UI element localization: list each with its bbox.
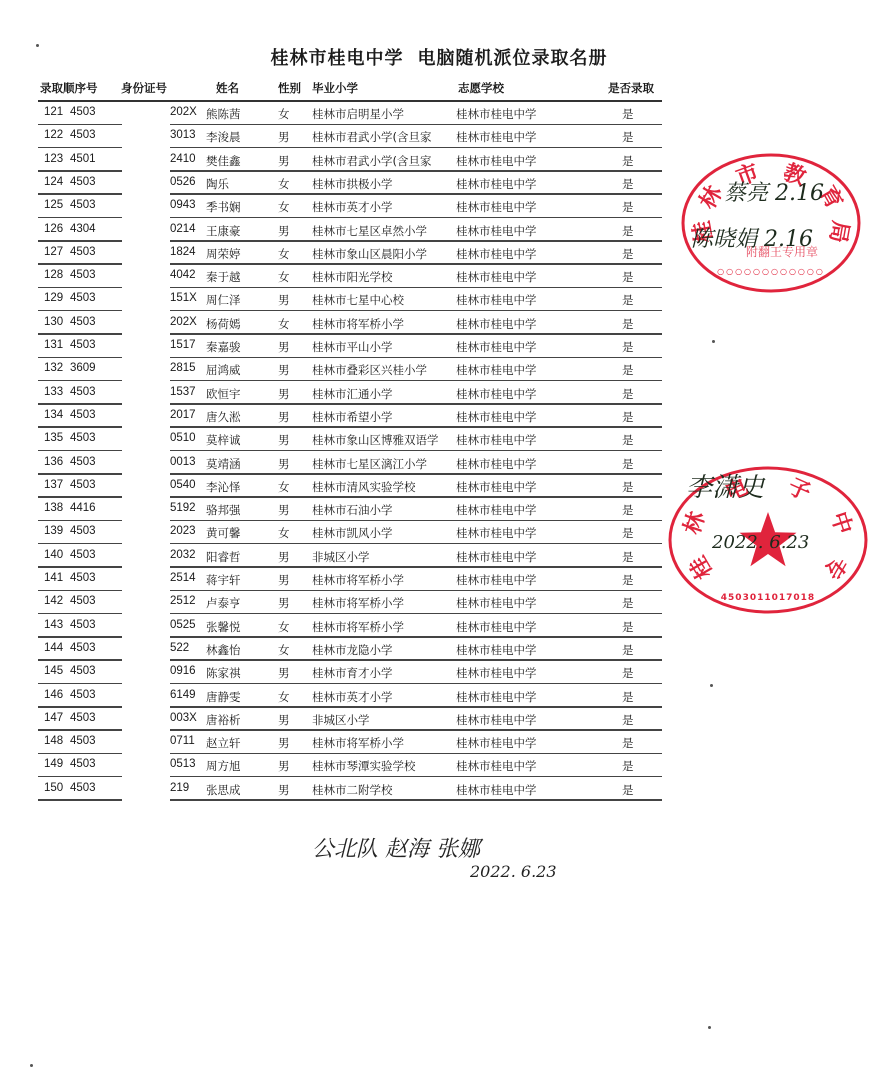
- admitted-cell: 是: [622, 386, 634, 402]
- name-cell: 陶乐: [206, 176, 229, 192]
- table-row: 14845030711赵立轩男桂林市将军桥小学桂林市桂电中学是: [0, 731, 878, 754]
- svg-text:桂: 桂: [685, 551, 719, 583]
- target-school-cell: 桂林市桂电中学: [456, 689, 537, 705]
- id-prefix-cell: 4503: [70, 619, 96, 631]
- table-row: 14645036149唐静雯女桂林市英才小学桂林市桂电中学是: [0, 685, 878, 708]
- table-row: 13236092815屈鸿威男桂林市叠彩区兴桂小学桂林市桂电中学是: [0, 358, 878, 381]
- gender-cell: 男: [278, 129, 290, 145]
- id-prefix-cell: 4503: [70, 595, 96, 607]
- admitted-cell: 是: [622, 409, 634, 425]
- gender-cell: 男: [278, 735, 290, 751]
- gender-cell: 男: [278, 712, 290, 728]
- name-cell: 蒋宇轩: [206, 572, 241, 588]
- name-cell: 骆邦强: [206, 502, 241, 518]
- id-prefix-cell: 4503: [70, 525, 96, 537]
- admitted-cell: 是: [622, 316, 634, 332]
- seq-cell: 128: [44, 269, 63, 281]
- primary-school-cell: 桂林市七星区卓然小学: [312, 223, 454, 239]
- stamp-signature-2: 陈晓娟 2.16: [691, 227, 813, 252]
- seq-cell: 141: [44, 572, 63, 584]
- id-prefix-cell: 4503: [70, 758, 96, 770]
- seq-cell: 129: [44, 292, 63, 304]
- name-cell: 王康豪: [206, 223, 241, 239]
- gender-cell: 男: [278, 456, 290, 472]
- gender-cell: 女: [278, 689, 290, 705]
- gender-cell: 女: [278, 619, 290, 635]
- id-prefix-cell: 4501: [70, 153, 96, 165]
- id-prefix-cell: 4503: [70, 689, 96, 701]
- name-cell: 陈家祺: [206, 665, 241, 681]
- svg-text:林: 林: [679, 508, 711, 538]
- seq-cell: 130: [44, 316, 63, 328]
- id-prefix-cell: 4503: [70, 339, 96, 351]
- gender-cell: 女: [278, 176, 290, 192]
- gender-cell: 男: [278, 409, 290, 425]
- admitted-cell: 是: [622, 292, 634, 308]
- primary-school-cell: 桂林市凯风小学: [312, 525, 454, 541]
- seq-cell: 134: [44, 409, 63, 421]
- id-prefix-cell: 4503: [70, 479, 96, 491]
- target-school-cell: 桂林市桂电中学: [456, 712, 537, 728]
- admitted-cell: 是: [622, 129, 634, 145]
- target-school-cell: 桂林市桂电中学: [456, 339, 537, 355]
- id-suffix-cell: 003X: [170, 712, 204, 724]
- scan-speck: [36, 44, 39, 47]
- stamp-signature: 李潇史: [686, 473, 766, 503]
- admitted-cell: 是: [622, 502, 634, 518]
- id-suffix-cell: 2410: [170, 153, 204, 165]
- id-suffix-cell: 202X: [170, 316, 204, 328]
- header-primary-school: 毕业小学: [312, 80, 358, 96]
- header-admitted: 是否录取: [608, 80, 654, 96]
- gender-cell: 男: [278, 758, 290, 774]
- primary-school-cell: 桂林市汇通小学: [312, 386, 454, 402]
- primary-school-cell: 非城区小学: [312, 549, 454, 565]
- title-school: 桂林市桂电中学: [271, 48, 404, 69]
- id-prefix-cell: 4503: [70, 199, 96, 211]
- name-cell: 莫梓诚: [206, 432, 241, 448]
- target-school-cell: 桂林市桂电中学: [456, 223, 537, 239]
- admitted-cell: 是: [622, 712, 634, 728]
- id-suffix-cell: 151X: [170, 292, 204, 304]
- id-suffix-cell: 2514: [170, 572, 204, 584]
- title-main: 电脑随机派位录取名册: [418, 48, 608, 69]
- table-row: 1214503202X熊陈茜女桂林市启明星小学桂林市桂电中学是: [0, 102, 878, 125]
- id-suffix-cell: 522: [170, 642, 204, 654]
- id-suffix-cell: 2815: [170, 362, 204, 374]
- admitted-cell: 是: [622, 619, 634, 635]
- id-suffix-cell: 0510: [170, 432, 204, 444]
- seq-cell: 131: [44, 339, 63, 351]
- gender-cell: 女: [278, 199, 290, 215]
- target-school-cell: 桂林市桂电中学: [456, 525, 537, 541]
- admitted-cell: 是: [622, 665, 634, 681]
- admitted-cell: 是: [622, 456, 634, 472]
- table-row: 14945030513周方旭男桂林市琴潭实验学校桂林市桂电中学是: [0, 754, 878, 777]
- id-suffix-cell: 202X: [170, 106, 204, 118]
- name-cell: 周方旭: [206, 758, 241, 774]
- row-divider: [170, 799, 662, 801]
- seq-cell: 136: [44, 456, 63, 468]
- id-prefix-cell: 4503: [70, 549, 96, 561]
- id-prefix-cell: 4503: [70, 316, 96, 328]
- gender-cell: 男: [278, 572, 290, 588]
- primary-school-cell: 桂林市清风实验学校: [312, 479, 454, 495]
- svg-text:专: 专: [818, 551, 852, 583]
- gender-cell: 女: [278, 269, 290, 285]
- id-suffix-cell: 1517: [170, 339, 204, 351]
- gender-cell: 女: [278, 316, 290, 332]
- seq-cell: 142: [44, 595, 63, 607]
- admitted-cell: 是: [622, 595, 634, 611]
- target-school-cell: 桂林市桂电中学: [456, 642, 537, 658]
- admitted-cell: 是: [622, 782, 634, 798]
- id-prefix-cell: 4503: [70, 712, 96, 724]
- footer-signature-date: 2022. 6.23: [470, 862, 557, 881]
- id-prefix-cell: 4503: [70, 665, 96, 677]
- seq-cell: 135: [44, 432, 63, 444]
- id-prefix-cell: 4503: [70, 782, 96, 794]
- id-prefix-cell: 3609: [70, 362, 96, 374]
- stamp-serial: ○○○○○○○○○○○○: [717, 267, 825, 276]
- id-prefix-cell: 4503: [70, 642, 96, 654]
- seq-cell: 140: [44, 549, 63, 561]
- table-row: 12245033013李浚晨男桂林市君武小学(含旦家桂林市桂电中学是: [0, 125, 878, 148]
- id-suffix-cell: 0540: [170, 479, 204, 491]
- table-row: 1474503003X唐裕析男非城区小学桂林市桂电中学是: [0, 708, 878, 731]
- target-school-cell: 桂林市桂电中学: [456, 409, 537, 425]
- name-cell: 黄可馨: [206, 525, 241, 541]
- admitted-cell: 是: [622, 735, 634, 751]
- svg-text:中: 中: [825, 509, 857, 538]
- seq-cell: 137: [44, 479, 63, 491]
- table-row: 13145031517秦嘉骏男桂林市平山小学桂林市桂电中学是: [0, 335, 878, 358]
- name-cell: 莫靖涵: [206, 456, 241, 472]
- gender-cell: 男: [278, 339, 290, 355]
- seq-cell: 145: [44, 665, 63, 677]
- target-school-cell: 桂林市桂电中学: [456, 176, 537, 192]
- id-suffix-cell: 0525: [170, 619, 204, 631]
- id-suffix-cell: 0526: [170, 176, 204, 188]
- target-school-cell: 桂林市桂电中学: [456, 782, 537, 798]
- gender-cell: 男: [278, 665, 290, 681]
- target-school-cell: 桂林市桂电中学: [456, 246, 537, 262]
- name-cell: 熊陈茜: [206, 106, 241, 122]
- footer-signature-names: 公北队 赵海 张娜: [312, 832, 480, 863]
- gender-cell: 男: [278, 782, 290, 798]
- svg-text:局: 局: [824, 219, 853, 245]
- gender-cell: 女: [278, 642, 290, 658]
- seq-cell: 132: [44, 362, 63, 374]
- target-school-cell: 桂林市桂电中学: [456, 316, 537, 332]
- table-row: 14345030525张馨悦女桂林市将军桥小学桂林市桂电中学是: [0, 615, 878, 638]
- admitted-cell: 是: [622, 525, 634, 541]
- gender-cell: 男: [278, 223, 290, 239]
- seq-cell: 139: [44, 525, 63, 537]
- table-row: 1304503202X杨荷嫣女桂林市将军桥小学桂林市桂电中学是: [0, 312, 878, 335]
- name-cell: 周荣婷: [206, 246, 241, 262]
- table-row: 13345031537欧恒宇男桂林市汇通小学桂林市桂电中学是: [0, 382, 878, 405]
- target-school-cell: 桂林市桂电中学: [456, 386, 537, 402]
- seq-cell: 125: [44, 199, 63, 211]
- primary-school-cell: 桂林市平山小学: [312, 339, 454, 355]
- name-cell: 秦于越: [206, 269, 241, 285]
- school-stamp: 桂林电子中专 4503011017018 李潇史 2022. 6.23: [664, 458, 874, 618]
- id-prefix-cell: 4503: [70, 386, 96, 398]
- primary-school-cell: 桂林市将军桥小学: [312, 595, 454, 611]
- target-school-cell: 桂林市桂电中学: [456, 595, 537, 611]
- target-school-cell: 桂林市桂电中学: [456, 362, 537, 378]
- id-prefix-cell: 4416: [70, 502, 96, 514]
- id-suffix-cell: 2017: [170, 409, 204, 421]
- admitted-cell: 是: [622, 479, 634, 495]
- id-prefix-cell: 4503: [70, 106, 96, 118]
- primary-school-cell: 桂林市阳光学校: [312, 269, 454, 285]
- primary-school-cell: 桂林市石油小学: [312, 502, 454, 518]
- target-school-cell: 桂林市桂电中学: [456, 502, 537, 518]
- page-title: 桂林市桂电中学电脑随机派位录取名册: [0, 44, 878, 70]
- seq-cell: 150: [44, 782, 63, 794]
- education-bureau-stamp: 桂林市教育局 ○○○○○○○○○○○○ 附翻王专用章 蔡亮 2.16 陈晓娟 2…: [676, 148, 866, 298]
- stamp-serial: 4503011017018: [721, 593, 815, 603]
- gender-cell: 男: [278, 386, 290, 402]
- target-school-cell: 桂林市桂电中学: [456, 199, 537, 215]
- admitted-cell: 是: [622, 199, 634, 215]
- id-prefix-cell: 4503: [70, 409, 96, 421]
- name-cell: 林鑫怡: [206, 642, 241, 658]
- admitted-cell: 是: [622, 549, 634, 565]
- primary-school-cell: 桂林市启明星小学: [312, 106, 454, 122]
- header-gender: 性别: [278, 80, 301, 96]
- primary-school-cell: 桂林市拱极小学: [312, 176, 454, 192]
- primary-school-cell: 桂林市二附学校: [312, 782, 454, 798]
- id-suffix-cell: 0943: [170, 199, 204, 211]
- gender-cell: 男: [278, 362, 290, 378]
- target-school-cell: 桂林市桂电中学: [456, 129, 537, 145]
- target-school-cell: 桂林市桂电中学: [456, 619, 537, 635]
- header-target-school: 志愿学校: [458, 80, 504, 96]
- gender-cell: 女: [278, 106, 290, 122]
- id-prefix-cell: 4503: [70, 129, 96, 141]
- gender-cell: 男: [278, 153, 290, 169]
- admitted-cell: 是: [622, 758, 634, 774]
- seq-cell: 138: [44, 502, 63, 514]
- primary-school-cell: 桂林市将军桥小学: [312, 316, 454, 332]
- table-row: 13545030510莫梓诚男桂林市象山区博雅双语学桂林市桂电中学是: [0, 428, 878, 451]
- header-id: 身份证号: [121, 80, 167, 96]
- gender-cell: 男: [278, 549, 290, 565]
- table-row: 1444503522林鑫怡女桂林市龙隐小学桂林市桂电中学是: [0, 638, 878, 661]
- id-suffix-cell: 1824: [170, 246, 204, 258]
- admitted-cell: 是: [622, 106, 634, 122]
- primary-school-cell: 桂林市君武小学(含旦家: [312, 129, 454, 145]
- name-cell: 欧恒宇: [206, 386, 241, 402]
- target-school-cell: 桂林市桂电中学: [456, 106, 537, 122]
- primary-school-cell: 桂林市叠彩区兴桂小学: [312, 362, 454, 378]
- primary-school-cell: 桂林市希望小学: [312, 409, 454, 425]
- table-row: 1504503219张思成男桂林市二附学校桂林市桂电中学是: [0, 778, 878, 801]
- target-school-cell: 桂林市桂电中学: [456, 572, 537, 588]
- stamp-date: 2022. 6.23: [711, 532, 809, 553]
- gender-cell: 男: [278, 432, 290, 448]
- name-cell: 樊佳鑫: [206, 153, 241, 169]
- id-suffix-cell: 2023: [170, 525, 204, 537]
- seq-cell: 126: [44, 223, 63, 235]
- primary-school-cell: 桂林市琴潭实验学校: [312, 758, 454, 774]
- seq-cell: 143: [44, 619, 63, 631]
- id-suffix-cell: 219: [170, 782, 204, 794]
- target-school-cell: 桂林市桂电中学: [456, 456, 537, 472]
- id-suffix-cell: 4042: [170, 269, 204, 281]
- id-suffix-cell: 0214: [170, 223, 204, 235]
- primary-school-cell: 桂林市龙隐小学: [312, 642, 454, 658]
- gender-cell: 女: [278, 246, 290, 262]
- id-suffix-cell: 6149: [170, 689, 204, 701]
- target-school-cell: 桂林市桂电中学: [456, 432, 537, 448]
- scan-speck: [30, 1064, 33, 1067]
- target-school-cell: 桂林市桂电中学: [456, 153, 537, 169]
- id-suffix-cell: 3013: [170, 129, 204, 141]
- admitted-cell: 是: [622, 362, 634, 378]
- name-cell: 赵立轩: [206, 735, 241, 751]
- gender-cell: 男: [278, 595, 290, 611]
- primary-school-cell: 桂林市七星中心校: [312, 292, 454, 308]
- admitted-cell: 是: [622, 153, 634, 169]
- admitted-cell: 是: [622, 572, 634, 588]
- seq-cell: 123: [44, 153, 63, 165]
- name-cell: 杨荷嫣: [206, 316, 241, 332]
- primary-school-cell: 桂林市英才小学: [312, 199, 454, 215]
- target-school-cell: 桂林市桂电中学: [456, 735, 537, 751]
- name-cell: 张思成: [206, 782, 241, 798]
- id-prefix-cell: 4503: [70, 735, 96, 747]
- seq-cell: 133: [44, 386, 63, 398]
- primary-school-cell: 桂林市将军桥小学: [312, 572, 454, 588]
- table-row: 14545030916陈家祺男桂林市育才小学桂林市桂电中学是: [0, 661, 878, 684]
- gender-cell: 男: [278, 502, 290, 518]
- admitted-cell: 是: [622, 432, 634, 448]
- target-school-cell: 桂林市桂电中学: [456, 269, 537, 285]
- admitted-cell: 是: [622, 642, 634, 658]
- id-suffix-cell: 0711: [170, 735, 204, 747]
- target-school-cell: 桂林市桂电中学: [456, 292, 537, 308]
- id-prefix-cell: 4503: [70, 572, 96, 584]
- name-cell: 卢泰亨: [206, 595, 241, 611]
- gender-cell: 男: [278, 292, 290, 308]
- name-cell: 周仁泽: [206, 292, 241, 308]
- target-school-cell: 桂林市桂电中学: [456, 758, 537, 774]
- primary-school-cell: 桂林市将军桥小学: [312, 619, 454, 635]
- name-cell: 唐裕析: [206, 712, 241, 728]
- name-cell: 阳睿哲: [206, 549, 241, 565]
- seq-cell: 124: [44, 176, 63, 188]
- seq-cell: 121: [44, 106, 63, 118]
- name-cell: 唐静雯: [206, 689, 241, 705]
- seq-cell: 149: [44, 758, 63, 770]
- name-cell: 唐久淞: [206, 409, 241, 425]
- name-cell: 秦嘉骏: [206, 339, 241, 355]
- name-cell: 屈鸿威: [206, 362, 241, 378]
- admitted-cell: 是: [622, 339, 634, 355]
- primary-school-cell: 桂林市君武小学(含旦家: [312, 153, 454, 169]
- id-prefix-cell: 4503: [70, 456, 96, 468]
- scan-speck: [708, 1026, 711, 1029]
- scan-speck: [710, 684, 713, 687]
- header-seq: 录取顺序号: [40, 80, 98, 96]
- name-cell: 李浚晨: [206, 129, 241, 145]
- admitted-cell: 是: [622, 246, 634, 262]
- id-prefix-cell: 4304: [70, 223, 96, 235]
- scan-speck: [712, 340, 715, 343]
- name-cell: 季书娴: [206, 199, 241, 215]
- id-prefix-cell: 4503: [70, 176, 96, 188]
- seq-cell: 148: [44, 735, 63, 747]
- gender-cell: 女: [278, 479, 290, 495]
- id-suffix-cell: 0916: [170, 665, 204, 677]
- primary-school-cell: 桂林市将军桥小学: [312, 735, 454, 751]
- admitted-cell: 是: [622, 223, 634, 239]
- target-school-cell: 桂林市桂电中学: [456, 549, 537, 565]
- name-cell: 李沁怿: [206, 479, 241, 495]
- table-row: 13445032017唐久淞男桂林市希望小学桂林市桂电中学是: [0, 405, 878, 428]
- header-name: 姓名: [216, 80, 239, 96]
- admitted-cell: 是: [622, 176, 634, 192]
- target-school-cell: 桂林市桂电中学: [456, 665, 537, 681]
- id-suffix-cell: 2032: [170, 549, 204, 561]
- seq-cell: 147: [44, 712, 63, 724]
- admitted-cell: 是: [622, 269, 634, 285]
- primary-school-cell: 桂林市育才小学: [312, 665, 454, 681]
- admitted-cell: 是: [622, 689, 634, 705]
- name-cell: 张馨悦: [206, 619, 241, 635]
- seq-cell: 144: [44, 642, 63, 654]
- id-prefix-cell: 4503: [70, 269, 96, 281]
- target-school-cell: 桂林市桂电中学: [456, 479, 537, 495]
- id-suffix-cell: 0013: [170, 456, 204, 468]
- primary-school-cell: 桂林市象山区博雅双语学: [312, 432, 454, 448]
- id-suffix-cell: 5192: [170, 502, 204, 514]
- row-divider: [38, 799, 122, 801]
- id-prefix-cell: 4503: [70, 246, 96, 258]
- primary-school-cell: 桂林市英才小学: [312, 689, 454, 705]
- id-prefix-cell: 4503: [70, 432, 96, 444]
- seq-cell: 146: [44, 689, 63, 701]
- seq-cell: 127: [44, 246, 63, 258]
- gender-cell: 女: [278, 525, 290, 541]
- id-suffix-cell: 1537: [170, 386, 204, 398]
- id-prefix-cell: 4503: [70, 292, 96, 304]
- stamp-signature-1: 蔡亮 2.16: [724, 181, 824, 206]
- primary-school-cell: 非城区小学: [312, 712, 454, 728]
- primary-school-cell: 桂林市象山区晨阳小学: [312, 246, 454, 262]
- id-suffix-cell: 0513: [170, 758, 204, 770]
- seq-cell: 122: [44, 129, 63, 141]
- svg-text:子: 子: [784, 473, 815, 506]
- primary-school-cell: 桂林市七星区漓江小学: [312, 456, 454, 472]
- id-suffix-cell: 2512: [170, 595, 204, 607]
